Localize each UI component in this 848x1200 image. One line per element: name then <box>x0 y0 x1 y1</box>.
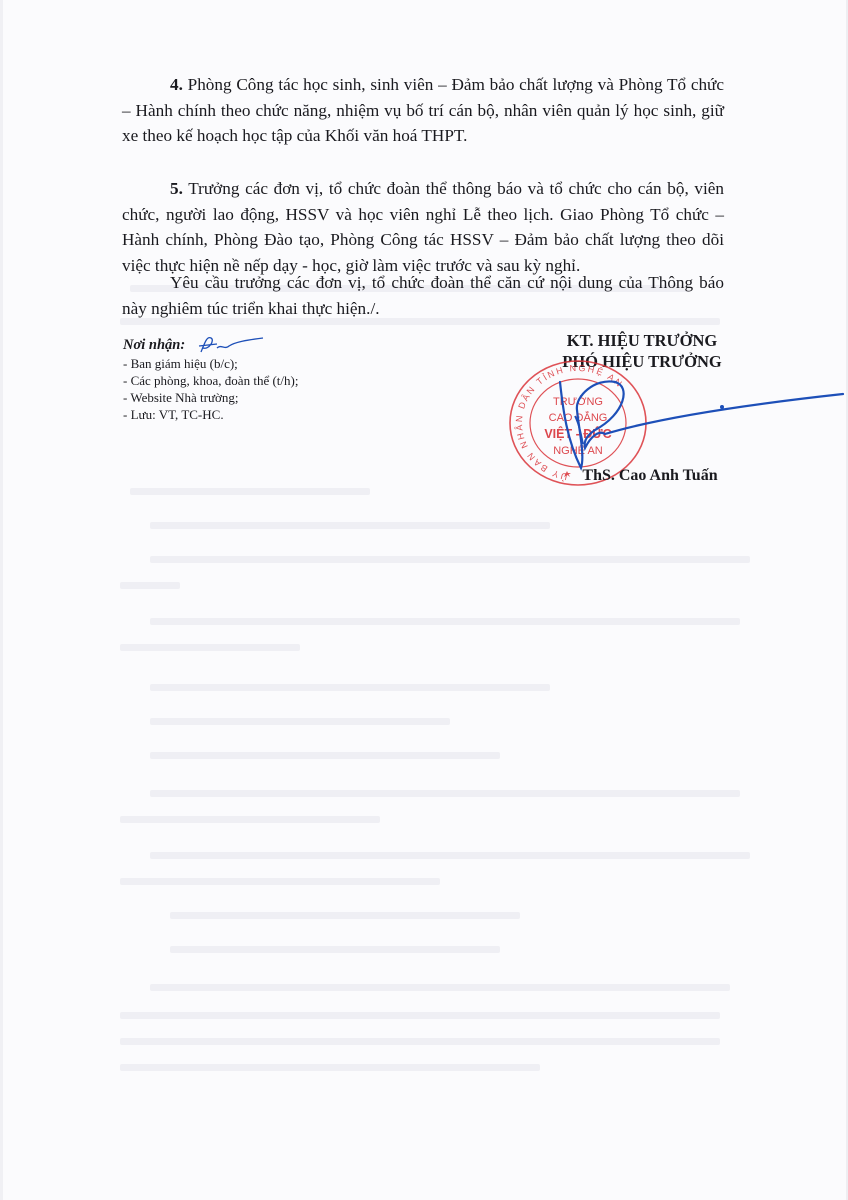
bleed-through-line <box>120 1038 720 1045</box>
document-page: 4. Phòng Công tác học sinh, sinh viên – … <box>0 0 848 1200</box>
closing-text: Yêu cầu trưởng các đơn vị, tổ chức đoàn … <box>122 273 724 318</box>
item-4-text: Phòng Công tác học sinh, sinh viên – Đảm… <box>122 75 724 145</box>
bleed-through-line <box>120 816 380 823</box>
item-5-number: 5. <box>170 179 183 198</box>
bleed-through-line <box>150 984 730 991</box>
scan-edge-left <box>0 0 3 1200</box>
handwritten-signature-icon <box>555 360 845 480</box>
recipient-item: - Ban giám hiệu (b/c); <box>123 355 298 372</box>
signer-name: ThS. Cao Anh Tuấn <box>540 467 760 485</box>
bleed-through-line <box>150 852 750 859</box>
bleed-through-line <box>150 684 550 691</box>
bleed-through-line <box>120 1012 720 1019</box>
recipient-item: - Lưu: VT, TC-HC. <box>123 406 298 423</box>
bleed-through-line <box>150 618 740 625</box>
bleed-through-line <box>170 912 520 919</box>
item-5-paragraph: 5. Trưởng các đơn vị, tổ chức đoàn thể t… <box>122 176 724 278</box>
bleed-through-line <box>150 718 450 725</box>
closing-paragraph: Yêu cầu trưởng các đơn vị, tổ chức đoàn … <box>122 270 724 321</box>
recipient-item: - Website Nhà trường; <box>123 389 298 406</box>
bleed-through-line <box>130 488 370 495</box>
bleed-through-line <box>150 556 750 563</box>
bleed-through-line <box>120 582 180 589</box>
bleed-through-line <box>170 946 500 953</box>
item-4-paragraph: 4. Phòng Công tác học sinh, sinh viên – … <box>122 72 724 149</box>
bleed-through-line <box>120 878 440 885</box>
item-4-number: 4. <box>170 75 183 94</box>
item-5-text: Trưởng các đơn vị, tổ chức đoàn thể thôn… <box>122 179 724 275</box>
signer-title-line-1: KT. HIỆU TRƯỞNG <box>522 330 762 351</box>
recipient-item: - Các phòng, khoa, đoàn thể (t/h); <box>123 372 298 389</box>
bleed-through-line <box>150 790 740 797</box>
bleed-through-line <box>120 644 300 651</box>
bleed-through-line <box>120 1064 540 1071</box>
bleed-through-line <box>150 752 500 759</box>
initial-signature-icon <box>195 334 265 356</box>
bleed-through-line <box>150 522 550 529</box>
